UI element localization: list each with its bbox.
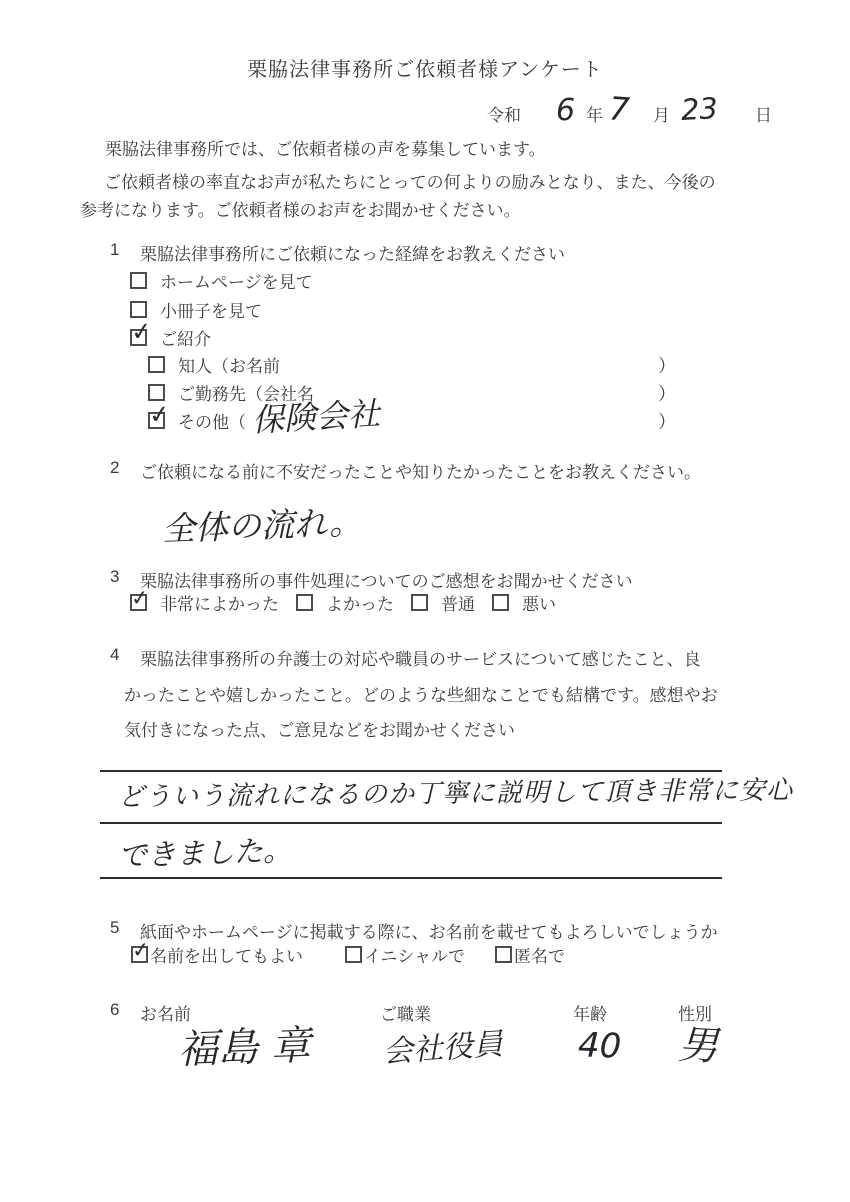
checkbox-booklet[interactable] [130, 301, 147, 318]
checkbox-homepage[interactable] [130, 272, 147, 289]
question-3-text: 栗脇法律事務所の事件処理についてのご感想をお聞かせください [140, 567, 633, 592]
q1-sub-other-close-paren: ） [658, 408, 676, 434]
q1-option-homepage: ホームページを見て [130, 268, 313, 293]
survey-scan-page: 栗脇法律事務所ご依頼者様アンケート 令和 6 年 7 月 23 日 栗脇法律事務… [0, 0, 850, 1202]
checkbox-acquaintance[interactable] [148, 356, 165, 373]
q6-occupation-label: ご職業 [380, 1000, 431, 1025]
q1-sub-other: ✓ その他（ [148, 408, 246, 433]
q6-gender-handwritten-value: 男 [677, 1023, 719, 1069]
checkbox-referral-checked[interactable]: ✓ [130, 329, 147, 346]
q5-options-row: ✓ 名前を出してもよい イニシャルで 匿名で [131, 942, 565, 967]
q3-options-row: ✓ 非常によかった よかった 普通 悪い [130, 590, 556, 615]
checkbox-initials[interactable] [345, 946, 362, 963]
question-6-number: 6 [110, 1000, 119, 1020]
q5-option-anonymous-label: 匿名で [514, 942, 565, 967]
q3-option-good-label: よかった [326, 590, 394, 615]
question-5-text: 紙面やホームページに掲載する際に、お名前を載せてもよろしいでしょうか [140, 918, 718, 943]
q1-sub-acquaintance: 知人（お名前 [148, 352, 280, 377]
question-3: 3 栗脇法律事務所の事件処理についてのご感想をお聞かせください [110, 567, 633, 592]
q1-sub-other-label: その他（ [178, 408, 246, 433]
q1-option-homepage-label: ホームページを見て [160, 268, 313, 293]
q3-option-bad-label: 悪い [522, 590, 556, 615]
intro-line-3: 参考になります。ご依頼者様のお声をお聞かせください。 [80, 196, 521, 221]
q5-option-initials-label: イニシャルで [364, 942, 465, 967]
q2-handwritten-answer: 全体の流れ。 [161, 505, 362, 548]
checkbox-employer[interactable] [148, 384, 165, 401]
q1-sub-acquaintance-close-paren: ） [658, 352, 676, 378]
check-mark-icon: ✓ [148, 402, 171, 429]
question-1: 1 栗脇法律事務所にご依頼になった経緯をお教えください [110, 240, 565, 265]
date-month-unit: 月 [653, 101, 670, 126]
question-5: 5 紙面やホームページに掲載する際に、お名前を載せてもよろしいでしょうか [110, 918, 718, 943]
check-mark-icon: ✓ [131, 939, 151, 962]
answer-rule-line-1 [100, 770, 722, 772]
date-day-unit: 日 [755, 101, 772, 126]
q6-age-handwritten-value: 40 [577, 1027, 622, 1066]
q1-sub-employer-close-paren: ） [658, 380, 676, 406]
checkbox-good[interactable] [296, 594, 313, 611]
date-day-value: 23 [680, 93, 719, 127]
q6-age-label: 年齢 [573, 1000, 607, 1025]
q5-option-show-name-label: 名前を出してもよい [150, 942, 303, 967]
checkbox-average[interactable] [411, 594, 428, 611]
question-4-number: 4 [110, 645, 140, 670]
question-4-line-3: 気付きになった点、ご意見などをお聞かせください [124, 716, 515, 741]
question-4: 4 栗脇法律事務所の弁護士の対応や職員のサービスについて感じたこと、良 [110, 645, 701, 670]
date-year-value: 6 [556, 94, 575, 127]
question-2-text: ご依頼になる前に不安だったことや知りたかったことをお教えください。 [140, 458, 701, 483]
check-mark-icon: ✓ [130, 587, 150, 610]
check-mark-icon: ✓ [130, 319, 153, 346]
checkbox-bad[interactable] [492, 594, 509, 611]
question-4-line-1: 栗脇法律事務所の弁護士の対応や職員のサービスについて感じたこと、良 [140, 645, 701, 670]
question-1-number: 1 [110, 240, 140, 265]
q1-sub-acquaintance-label: 知人（お名前 [178, 352, 280, 377]
checkbox-other-checked[interactable]: ✓ [148, 412, 165, 429]
q4-handwritten-answer-line-2: できました。 [117, 835, 292, 873]
date-era-label: 令和 [487, 101, 521, 126]
q1-option-booklet-label: 小冊子を見て [160, 297, 262, 322]
checkbox-show-name-checked[interactable]: ✓ [131, 946, 148, 963]
answer-rule-line-2 [100, 822, 722, 824]
question-2-number: 2 [110, 458, 140, 483]
question-1-text: 栗脇法律事務所にご依頼になった経緯をお教えください [140, 240, 565, 265]
question-4-line-2: かったことや嬉しかったこと。どのような些細なことでも結構です。感想やお [124, 681, 718, 706]
checkbox-very-good-checked[interactable]: ✓ [130, 594, 147, 611]
q6-name-handwritten-value: 福島 章 [177, 1024, 311, 1073]
q6-occupation-handwritten-value: 会社役員 [382, 1028, 504, 1069]
question-2: 2 ご依頼になる前に不安だったことや知りたかったことをお教えください。 [110, 458, 701, 483]
date-month-value: 7 [608, 91, 631, 128]
q1-option-referral-label: ご紹介 [160, 325, 211, 350]
date-year-unit: 年 [586, 101, 603, 126]
intro-line-2: ご依頼者様の率直なお声が私たちにとっての何よりの励みとなり、また、今後の [104, 168, 716, 193]
checkbox-anonymous[interactable] [495, 946, 512, 963]
page-title: 栗脇法律事務所ご依頼者様アンケート [0, 53, 850, 82]
q3-option-very-good-label: 非常によかった [160, 590, 279, 615]
intro-line-1: 栗脇法律事務所では、ご依頼者様の声を募集しています。 [105, 135, 546, 160]
q1-other-handwritten-value: 保険会社 [251, 397, 381, 439]
q6-name-label: お名前 [140, 1000, 191, 1025]
q3-option-average-label: 普通 [441, 590, 475, 615]
q1-option-referral: ✓ ご紹介 [130, 325, 211, 350]
q4-handwritten-answer-line-1: どういう流れになるのか丁寧に説明して頂き非常に安心 [118, 776, 793, 812]
answer-rule-line-3 [100, 877, 722, 879]
